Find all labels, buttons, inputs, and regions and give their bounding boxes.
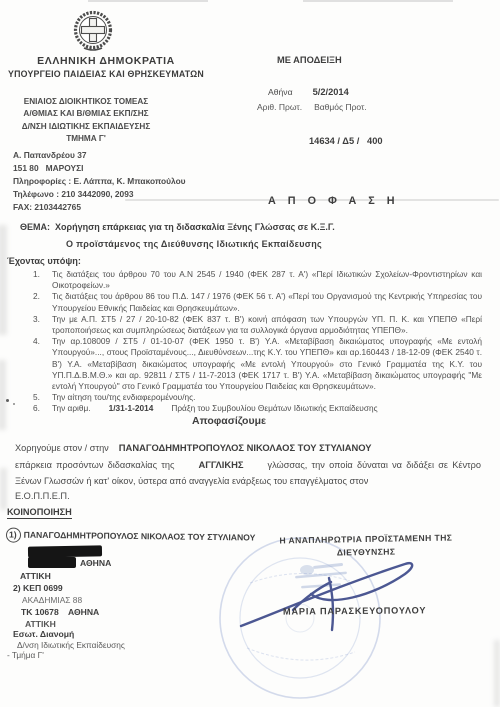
item-text: Την αίτηση του/της ενδιαφερομένου/ης. bbox=[52, 392, 482, 403]
date-line: Αθήνα5/2/2014 bbox=[268, 87, 349, 97]
internal-heading: Εσωτ. Διανομή bbox=[13, 629, 125, 640]
redaction-bar bbox=[28, 557, 76, 568]
protocol-number-label: Αριθ. Πρωτ. bbox=[257, 102, 302, 112]
scan-artifact bbox=[0, 468, 7, 510]
protocol-labels: Αριθ. Πρωτ.Βαθμός Προτ. bbox=[257, 102, 367, 112]
street-address: Α. Παπανδρέου 37 bbox=[13, 149, 186, 162]
postal-city: 151 80 ΜΑΡΟΥΣΙ bbox=[13, 162, 186, 175]
department-line: Α/ΘΜΙΑΣ ΚΑΙ Β/ΘΜΙΑΣ ΕΚΠ/ΣΗΣ bbox=[8, 108, 164, 120]
item-number: 5. bbox=[33, 392, 45, 403]
grant-paragraph: Χορηγούμε στον / στηνΠΑΝΑΓΟΔΗΜΗΤΡΟΠΟΥΛΟΣ… bbox=[15, 440, 481, 505]
subject-line: ΘΕΜΑ:Χορήγηση επάρκειας για τη διδασκαλί… bbox=[20, 222, 472, 232]
phone-line: Τηλέφωνο : 210 3442090, 2093 bbox=[13, 188, 186, 201]
internal-line: Δ/νση Ιδιωτικής Εκπαίδευσης bbox=[17, 640, 125, 651]
grantee-name: ΠΑΝΑΓΟΔΗΜΗΤΡΟΠΟΥΛΟΣ ΝΙΚΟΛΑΟΣ ΤΟΥ ΣΤΥΛΙΑΝ… bbox=[119, 442, 372, 453]
internal-distribution: Εσωτ. Διανομή Δ/νση Ιδιωτικής Εκπαίδευση… bbox=[13, 629, 125, 661]
redaction-bar bbox=[28, 545, 102, 557]
republic-title: ΕΛΛΗΝΙΚΗ ΔΗΜΟΚΡΑΤΙΑ bbox=[8, 55, 204, 67]
scan-artifact bbox=[13, 403, 15, 405]
consideration-item: 1. Τις διατάξεις του άρθρου 70 του Α.Ν 2… bbox=[33, 269, 482, 291]
item-prefix: Την αριθμ. bbox=[52, 403, 91, 413]
department-line: ΤΜΗΜΑ Γ' bbox=[8, 133, 164, 145]
document-date: 5/2/2014 bbox=[313, 87, 349, 97]
item-text: Τις διατάξεις του άρθρου 70 του Α.Ν 2545… bbox=[52, 269, 482, 291]
document-page: ΕΛΛΗΝΙΚΗ ΔΗΜΟΚΡΑΤΙΑ ΥΠΟΥΡΓΕΙΟ ΠΑΙΔΕΙΑΣ Κ… bbox=[0, 0, 500, 707]
kep-postal-city: ΤΚ 10678 ΑΘΗΝΑ bbox=[21, 607, 99, 617]
scan-artifact bbox=[303, 0, 453, 2]
consideration-item: 6. Την αριθμ.1/31-1-2014Πράξη του Συμβου… bbox=[33, 403, 482, 414]
header-agency: ΕΛΛΗΝΙΚΗ ΔΗΜΟΚΡΑΤΙΑ ΥΠΟΥΡΓΕΙΟ ΠΑΙΔΕΙΑΣ Κ… bbox=[8, 55, 204, 79]
language-name: ΑΓΓΛΙΚΗΣ bbox=[198, 459, 243, 470]
signatory-name: ΜΑΡΙΑ ΠΑΡΑΣΚΕΥΟΠΟΥΛΟΥ bbox=[283, 605, 426, 616]
department-line: Δ/ΝΣΗ ΙΔΙΩΤΙΚΗΣ ΕΚΠΑΙΔΕΥΣΗΣ bbox=[8, 121, 164, 133]
decide-heading: Αποφασίζουμε bbox=[0, 415, 458, 427]
grant-body: επάρκεια προσόντων διδασκαλίας τηςΑΓΓΛΙΚ… bbox=[15, 457, 481, 490]
consideration-item: 2. Τις διατάξεις του άρθρου 86 του Π.Δ. … bbox=[33, 291, 482, 313]
subject-text: Χορήγηση επάρκειας για τη διδασκαλία Ξέν… bbox=[55, 222, 335, 232]
item-text: Τις διατάξεις του άρθρου 86 του Π.Δ. 147… bbox=[52, 291, 482, 313]
protocol-number: 14634 / Δ5 / 400 bbox=[309, 136, 383, 146]
subject-label: ΘΕΜΑ: bbox=[20, 222, 50, 232]
kep-region: ΑΤΤΙΚΗ bbox=[25, 619, 56, 629]
fax-line: FAX: 2103442765 bbox=[13, 201, 186, 214]
info-contacts: Πληροφορίες : Ε. Λάππα, Κ. Μπακοπούλου bbox=[13, 175, 186, 188]
consideration-item: 4. Την αρ.108009 / ΣΤ5 / 01-10-07 (ΦΕΚ 1… bbox=[33, 336, 482, 392]
item-text: Την αριθμ.1/31-1-2014Πράξη του Συμβουλίο… bbox=[52, 403, 482, 414]
consideration-item: 5. Την αίτηση του/της ενδιαφερομένου/ης. bbox=[33, 392, 482, 403]
notified-region: ΑΤΤΙΚΗ bbox=[20, 571, 51, 581]
item-text: Την αρ.108009 / ΣΤ5 / 01-10-07 (ΦΕΚ 1950… bbox=[52, 336, 482, 392]
notified-city: ΑΘΗΝΑ bbox=[80, 558, 111, 568]
priority-label: Βαθμός Προτ. bbox=[314, 102, 367, 112]
item-suffix: Πράξη του Συμβουλίου Θεμάτων Ιδιωτικής Ε… bbox=[171, 403, 377, 413]
item-number: 2. bbox=[33, 291, 45, 313]
grant-prefix: Χορηγούμε στον / στην bbox=[15, 443, 109, 453]
department-line: ΕΝΙΑΙΟΣ ΔΙΟΙΚΗΤΙΚΟΣ ΤΟΜΕΑΣ bbox=[8, 96, 164, 108]
consideration-item: 3. Την με Α.Π. ΣΤ5 / 27 / 20-10-82 (ΦΕΚ … bbox=[33, 314, 482, 336]
scan-artifact bbox=[6, 399, 9, 402]
item-number: 1. bbox=[33, 269, 45, 291]
organization-name: Ε.Ο.Π.Π.Ε.Π. bbox=[15, 489, 481, 505]
handwritten-signature bbox=[233, 550, 443, 635]
internal-line: - Τμήμα Γ' bbox=[7, 650, 125, 661]
grant-body-before: επάρκεια προσόντων διδασκαλίας της bbox=[15, 460, 174, 470]
delivery-note: ΜΕ ΑΠΟΔΕΙΞΗ bbox=[277, 55, 342, 65]
decision-title: Α Π Ο Φ Α Σ Η bbox=[268, 195, 399, 207]
scan-artifact bbox=[88, 0, 208, 2]
scan-artifact bbox=[0, 225, 7, 335]
considerations-list: 1. Τις διατάξεις του άρθρου 70 του Α.Ν 2… bbox=[33, 269, 482, 415]
kep-street: ΑΚΑΔΗΜΙΑΣ 88 bbox=[22, 595, 82, 605]
item-number: 6. bbox=[33, 403, 45, 414]
having-regard-label: Έχοντας υπόψη: bbox=[7, 256, 81, 266]
scan-artifact bbox=[494, 640, 500, 707]
act-date: 1/31-1-2014 bbox=[109, 403, 154, 413]
circled-number: 1) bbox=[6, 527, 21, 542]
ministry-title: ΥΠΟΥΡΓΕΙΟ ΠΑΙΔΕΙΑΣ ΚΑΙ ΘΡΗΣΚΕΥΜΑΤΩΝ bbox=[8, 69, 204, 79]
item-number: 4. bbox=[33, 336, 45, 392]
grant-line1: Χορηγούμε στον / στηνΠΑΝΑΓΟΔΗΜΗΤΡΟΠΟΥΛΟΣ… bbox=[15, 440, 481, 457]
item-number: 3. bbox=[33, 314, 45, 336]
city-label: Αθήνα bbox=[268, 87, 293, 97]
notification-heading: ΚΟΙΝΟΠΟΙΗΣΗ bbox=[7, 507, 72, 519]
notification-item-2: 2) ΚΕΠ 0699 bbox=[13, 583, 63, 593]
department-block: ΕΝΙΑΙΟΣ ΔΙΟΙΚΗΤΙΚΟΣ ΤΟΜΕΑΣ Α/ΘΜΙΑΣ ΚΑΙ Β… bbox=[8, 96, 164, 145]
item-text: Την με Α.Π. ΣΤ5 / 27 / 20-10-82 (ΦΕΚ 837… bbox=[52, 314, 482, 336]
contact-block: Α. Παπανδρέου 37 151 80 ΜΑΡΟΥΣΙ Πληροφορ… bbox=[13, 149, 186, 214]
issuer-line: Ο προϊστάμενος της Διεύθυνσης Ιδιωτικής … bbox=[66, 239, 322, 249]
greek-coat-of-arms-icon bbox=[70, 8, 116, 56]
